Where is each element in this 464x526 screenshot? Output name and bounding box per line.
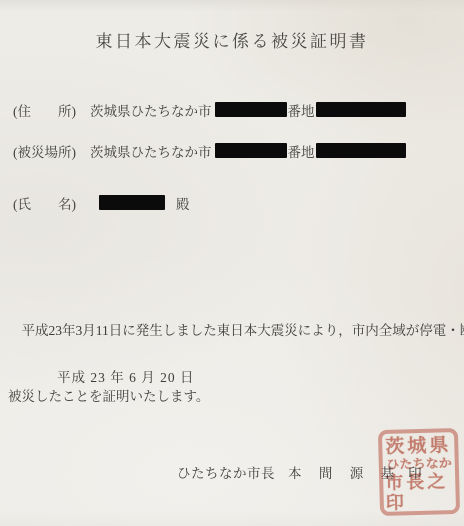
address-banchi-label: 番地 — [288, 100, 315, 120]
official-red-seal-stamp: 茨城県 ひたちなか 市長之印 — [378, 428, 460, 516]
issue-date: 平成 23 年 6 月 20 日 — [57, 366, 195, 386]
mayor-title: ひたちなか市長 — [177, 462, 275, 482]
seal-text-mayor-seal: 市長之印 — [385, 471, 454, 513]
redaction-bar-name — [99, 195, 165, 210]
redaction-bar-address-1 — [215, 102, 287, 117]
scanned-certificate-document: 東日本大震災に係る被災証明書 (住 所) 茨城県ひたちなか市 番地 (被災場所)… — [0, 0, 464, 526]
name-honorific: 殿 — [176, 193, 190, 213]
address-value-prefix: 茨城県ひたちなか市 — [90, 100, 212, 120]
certification-statement: 平成23年3月11日に発生しました東日本大震災により，市内全域が停電・断水し 被… — [8, 276, 460, 452]
damage-location-row: (被災場所) 茨城県ひたちなか市 番地 — [13, 142, 406, 159]
seal-text-city: ひたちなか — [386, 456, 452, 473]
damage-location-value-prefix: 茨城県ひたちなか市 — [90, 141, 212, 161]
redaction-bar-location-1 — [215, 143, 287, 158]
document-title: 東日本大震災に係る被災証明書 — [0, 27, 464, 52]
statement-line-2: 被災したことを証明いたします。 — [8, 386, 460, 408]
redaction-bar-location-2 — [316, 143, 406, 158]
statement-line-1: 平成23年3月11日に発生しました東日本大震災により，市内全域が停電・断水し — [8, 320, 460, 342]
damage-location-label: (被災場所) — [13, 141, 90, 161]
redaction-bar-address-2 — [316, 102, 406, 117]
name-row: (氏 名) 殿 — [13, 194, 190, 211]
seal-text-prefecture: 茨城県 — [385, 436, 452, 458]
damage-location-banchi-label: 番地 — [288, 141, 315, 161]
name-label: (氏 名) — [13, 193, 90, 213]
address-row: (住 所) 茨城県ひたちなか市 番地 — [13, 101, 406, 118]
address-label: (住 所) — [13, 100, 90, 120]
